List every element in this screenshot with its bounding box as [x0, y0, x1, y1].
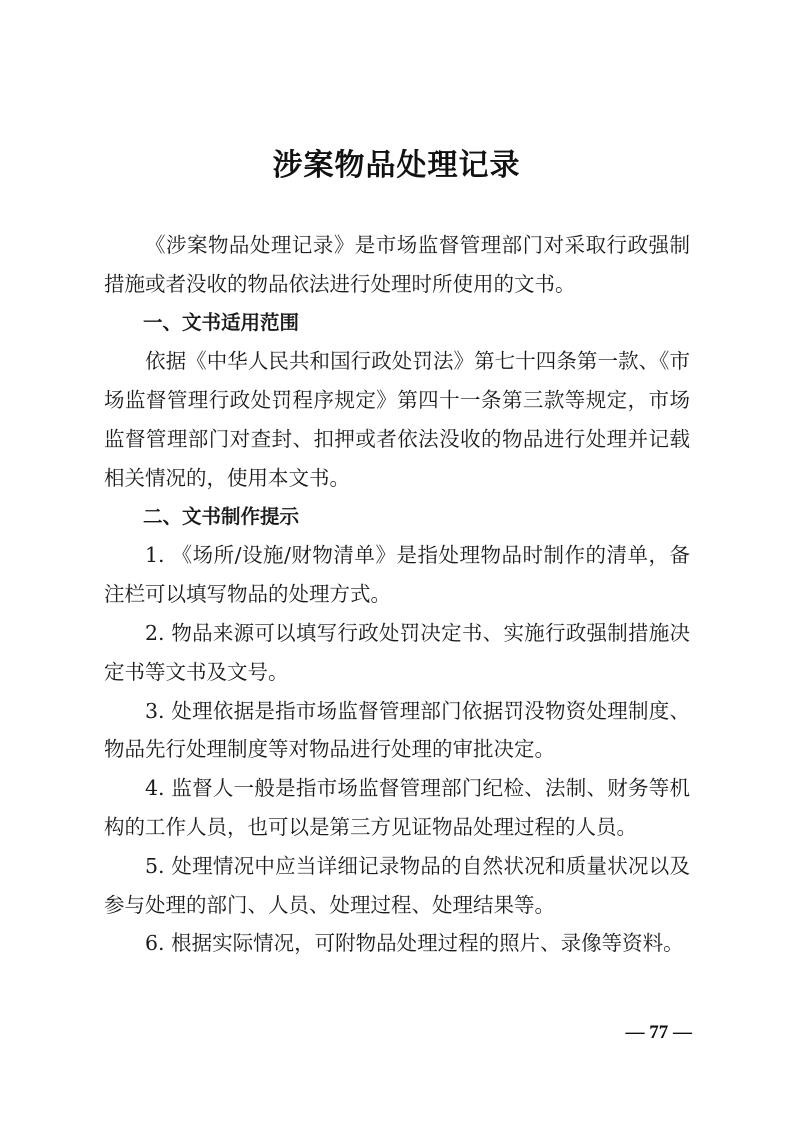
tip-item-6: 6. 根据实际情况，可附物品处理过程的照片、录像等资料。 [104, 924, 690, 963]
intro-paragraph: 《涉案物品处理记录》是市场监督管理部门对采取行政强制措施或者没收的物品依法进行处… [104, 226, 690, 304]
tip-item-3: 3. 处理依据是指市场监督管理部门依据罚没物资处理制度、物品先行处理制度等对物品… [104, 692, 690, 770]
tip-item-4: 4. 监督人一般是指市场监督管理部门纪检、法制、财务等机构的工作人员，也可以是第… [104, 769, 690, 847]
tip-item-5: 5. 处理情况中应当详细记录物品的自然状况和质量状况以及参与处理的部门、人员、处… [104, 847, 690, 925]
document-page: 涉案物品处理记录 《涉案物品处理记录》是市场监督管理部门对采取行政强制措施或者没… [0, 0, 793, 1122]
page-number: — 77 — [612, 1022, 692, 1044]
section-heading-scope: 一、文书适用范围 [104, 304, 690, 343]
document-title: 涉案物品处理记录 [0, 140, 793, 184]
tip-item-2: 2. 物品来源可以填写行政处罚决定书、实施行政强制措施决定书等文书及文号。 [104, 614, 690, 692]
scope-paragraph: 依据《中华人民共和国行政处罚法》第七十四条第一款、《市场监督管理行政处罚程序规定… [104, 342, 690, 497]
tip-item-1: 1. 《场所/设施/财物清单》是指处理物品时制作的清单，备注栏可以填写物品的处理… [104, 536, 690, 614]
section-heading-tips: 二、文书制作提示 [104, 498, 690, 537]
document-body: 《涉案物品处理记录》是市场监督管理部门对采取行政强制措施或者没收的物品依法进行处… [104, 226, 690, 963]
